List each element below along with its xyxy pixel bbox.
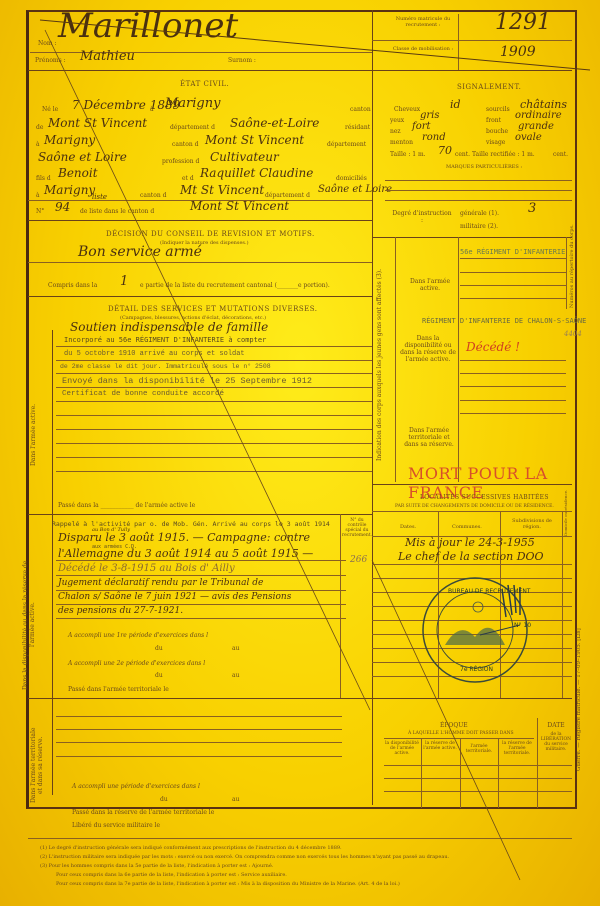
profession: Cultivateur (210, 150, 279, 164)
epoque-col-3: l'armée territoriale. (461, 744, 497, 754)
war-line-4: Jugement déclaratif rendu par le Tribuna… (58, 578, 263, 588)
periode-1-du: du (155, 645, 163, 652)
periode-3-du: du (160, 796, 168, 803)
canton-label-2: canton d (172, 141, 198, 148)
canton-label: canton (350, 106, 371, 113)
epoque-subtitle: À LAQUELLE L'HOMME DOIT PASSER DANS (408, 731, 514, 736)
controle-value: 266 (350, 555, 367, 565)
classe-value: 1909 (500, 44, 536, 60)
corps-reserve-number: 4404 (564, 330, 582, 338)
service-line-1: Incorporé au 56e RÉGIMENT D'INFANTERIE à… (64, 336, 266, 344)
signalement-title: SIGNALEMENT. (457, 83, 521, 91)
birth-place: Marigny (165, 96, 220, 111)
periode-3: A accompli une période d'exercices dans … (72, 783, 200, 790)
a-label: à (150, 106, 154, 113)
date-title: DATE (540, 722, 572, 729)
a-label-3: à (36, 192, 40, 199)
prenoms-label: Prénoms : (35, 57, 66, 64)
periode-2: A accompli une 2e période d'exercices da… (68, 660, 205, 667)
liste-correction: liste (92, 193, 107, 201)
taille-value: 70 (438, 144, 452, 157)
periode-1: A accompli une 1re période d'exercices d… (68, 632, 208, 639)
epoque-title: ÉPOQUE (440, 722, 468, 729)
visage-label: visage (486, 139, 505, 146)
et-label: et d (182, 175, 194, 182)
tirage-canton: Mont St Vincent (190, 199, 289, 213)
war-line-1: Disparu le 3 août 1915. — Campagne: cont… (58, 531, 310, 544)
matricule-label: Numéro matricule du recrutement : (388, 16, 458, 28)
corps-active-stamp: 56e RÉGIMENT D'INFANTERIE (460, 248, 565, 256)
war-line-3: Décédé le 3-8-1915 au Bois d' Ailly (58, 563, 235, 574)
front-label: front (486, 117, 501, 124)
surnom-label: Surnom : (228, 57, 256, 64)
side-label-territoriale: Dans l'armée territoriale et dans sa rés… (30, 725, 52, 805)
mis-a-jour: Mis à jour le 24-3-1955 (405, 536, 535, 549)
numeros-repertoire-label: Numéros au répertoire du corps. (569, 240, 575, 308)
cheveux-label: Cheveux (394, 106, 420, 113)
footnote-3: (3) Pour les hommes compris dans la 5e p… (40, 863, 273, 869)
nez-label: nez (390, 128, 401, 135)
domicile: Marigny (44, 183, 95, 197)
epoque-col-1: la disponibilité de l'armée active. (384, 741, 420, 756)
degre-label: Degré d'instruction : (392, 210, 452, 224)
yeux-value: gris (420, 110, 440, 121)
residence-canton: Mont St Vincent (205, 133, 304, 147)
col-domicile: Domicile ou résidence. (563, 511, 568, 536)
war-line-5: Chalon s/ Saône le 7 juin 1921 — avis de… (58, 592, 291, 602)
col-communes: Communes. (452, 524, 482, 530)
footnote-5: Pour ceux compris dans la 7e partie de l… (56, 881, 400, 887)
birth-date: 7 Décembre 1889 (72, 98, 180, 112)
footnote-4: Pour ceux compris dans la 6e partie de l… (56, 872, 287, 878)
etat-civil-title: ÉTAT CIVIL. (180, 80, 229, 88)
nom-value: Marillonet (58, 6, 238, 46)
taille-rectifiee-label: cent. Taille rectifiée : 1 m. (455, 151, 535, 158)
matricule-value: 1291 (495, 10, 551, 35)
domicile-canton: Mt St Vincent (180, 183, 264, 197)
marques-label: MARQUES PARTICULIÈRES : (446, 164, 522, 170)
corps-dispo-label: Dans la disponibilité ou dans la réserve… (400, 335, 456, 363)
nez-value: fort (412, 121, 431, 132)
passe-label: Passé dans la ___________ de l'armée act… (58, 502, 195, 509)
militaire-label: militaire (2). (460, 223, 498, 230)
no-label: N° (36, 208, 44, 215)
col-subdivisions: Subdivisions de région. (504, 518, 560, 530)
footnote-2: (2) L'instruction militaire sera indiqué… (40, 854, 449, 860)
date-subtitle: de la LIBÉRATION du service militaire. (538, 732, 574, 752)
domicilies-label: domiciliés (336, 175, 367, 182)
departement-label: département d (170, 124, 215, 131)
periode-2-du: du (155, 672, 163, 679)
services-title: DÉTAIL DES SERVICES ET MUTATIONS DIVERSE… (108, 305, 318, 313)
departement-label-3: département d (265, 192, 310, 199)
tirage-number: 94 (55, 200, 70, 214)
departement-label-2: département (327, 141, 366, 148)
compris-label: Compris dans la (48, 282, 97, 289)
side-label-active: Dans l'armée active. (30, 380, 37, 490)
ne-le-label: Né le (42, 106, 58, 113)
col-controle: N° du contrôle spécial du recrutement. (342, 518, 372, 538)
residant-label: résidant (345, 124, 370, 131)
yeux-label: yeux (390, 117, 404, 124)
liste-label: de liste dans le canton d (80, 208, 154, 215)
war-line-2: l'Allemagne du 3 août 1914 au 5 août 191… (58, 547, 313, 560)
nom-label: Nom : (38, 40, 56, 47)
compris-rest: e partie de la liste du recrutement cant… (140, 282, 330, 289)
canton-label-3: canton d (140, 192, 166, 199)
libere-label: Libéré du service militaire le (72, 822, 160, 829)
partie-value: 1 (120, 274, 128, 289)
taille-label: Taille : 1 m. (390, 151, 426, 158)
localites-subtitle: PAR SUITE DE CHANGEMENTS DE DOMICILE OU … (395, 504, 554, 509)
cent-label: cent. (553, 151, 568, 158)
stamp-text: BUREAU DE RECRUTEMENT (448, 588, 530, 595)
epoque-col-4: la réserve de l'armée territoriale. (499, 741, 535, 756)
a-label-2: à (36, 141, 40, 148)
generale-label: générale (1). (460, 210, 499, 217)
visage-value: ovale (515, 132, 542, 143)
localites-title: LOCALITÉS SUCCESSIVES HABITÉES (420, 494, 549, 501)
epoque-col-2: la réserve de l'armée active. (422, 741, 458, 751)
profession-label: profession d (162, 158, 199, 165)
cheveux-value: id (450, 98, 461, 111)
prenoms-value: Mathieu (80, 49, 135, 64)
corps-active-label: Dans l'armée active. (405, 278, 455, 292)
menton-value: rond (422, 132, 446, 143)
bouche-value: grande (518, 121, 554, 132)
decision-title: DÉCISION DU CONSEIL DE REVISION ET MOTIF… (106, 230, 315, 238)
passe-territoriale: Passé dans l'armée territoriale le (68, 686, 169, 693)
front-value: ordinaire (515, 110, 562, 121)
side-label-disponibilite: Dans la disponibilité ou dans la réserve… (22, 555, 48, 695)
generale-value: 3 (528, 201, 536, 216)
periode-1-au: au (232, 645, 239, 652)
decision-value: Bon service armé (78, 244, 202, 260)
stamp-region: 7e RÉGION (460, 666, 493, 673)
classe-label: Classe de mobilisation : (388, 46, 458, 52)
service-line-4: Envoyé dans la disponibilité le 25 Septe… (62, 376, 312, 386)
chef-section: Le chef de la section DOO (398, 550, 544, 563)
domicile-departement: Saône et Loire (318, 184, 392, 195)
residence: Marigny (44, 133, 95, 147)
war-line-6: des pensions du 27-7-1921. (58, 606, 183, 616)
fils-label: fils d (36, 175, 51, 182)
menton-label: menton (390, 139, 413, 146)
birth-canton: Mont St Vincent (48, 116, 147, 130)
sourcils-label: sourcils (486, 106, 510, 113)
corps-reserve-stamp: RÉGIMENT D'INFANTERIE DE CHALON-S-SAÔNE (422, 317, 586, 325)
service-line-3: de 2me classe le dit jour. Immatriculé s… (60, 363, 271, 370)
footnote-1: (1) Le degré d'instruction générale sera… (40, 845, 342, 851)
periode-3-au: au (232, 796, 239, 803)
father-name: Benoit (58, 166, 98, 180)
birth-departement: Saône-et-Loire (230, 116, 319, 130)
de-label: de (36, 124, 43, 131)
service-line-5: Certificat de bonne conduite accordé (62, 390, 224, 398)
passe-reserve: Passé dans la réserve de l'armée territo… (72, 809, 214, 816)
service-line-2: du 5 octobre 1910 arrivé au corps et sol… (64, 350, 245, 358)
mother-name: Raquillet Claudine (200, 166, 313, 180)
corps-side-label: Indication des corps auxquels les jeunes… (376, 260, 390, 470)
soutien-note: Soutien indispensable de famille (70, 320, 268, 334)
periode-2-au: au (232, 672, 239, 679)
bouche-label: bouche (486, 128, 508, 135)
residence-departement: Saône et Loire (38, 150, 127, 164)
corps-territoriale-label: Dans l'armée territoriale et dans sa rés… (402, 427, 456, 448)
corps-dispo-value: Décédé ! (466, 340, 520, 354)
col-dates: Dates. (400, 524, 416, 530)
stamp-no: N° 10 (514, 622, 531, 629)
print-reference: Guerre. — Registre matricule. — 17–09–19… (576, 600, 582, 800)
